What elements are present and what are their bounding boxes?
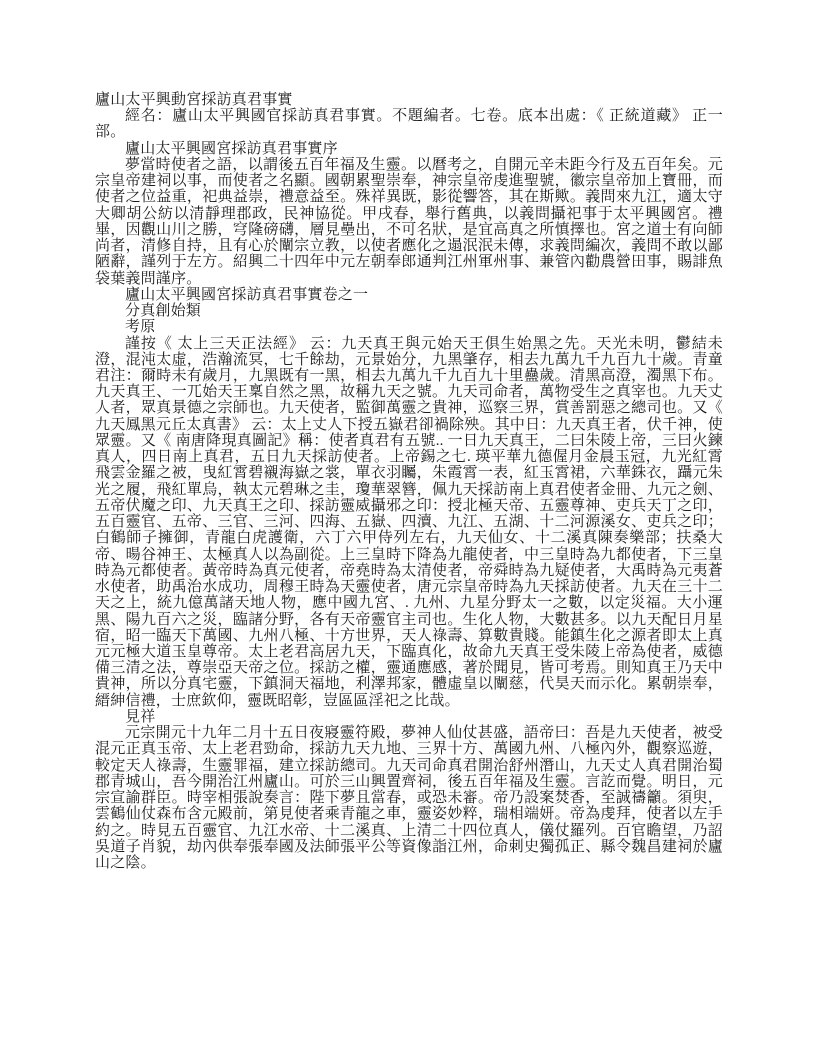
paragraph-colophon: 經名：廬山太平興國官採訪真君事實。不題編者。七卷。底本出處：《 正統道藏》 正一… xyxy=(95,108,723,140)
paragraph-body: 元宗開元十九年二月十五日夜寢靈符殿，夢神人仙仗甚盛，語帝曰：吾是九天使者，被受混… xyxy=(95,725,723,871)
paragraph-title: 廬山太平興動宮採訪真君事實 xyxy=(95,92,723,108)
document-text-block: 廬山太平興動宮採訪真君事實經名：廬山太平興國官採訪真君事實。不題編者。七卷。底本… xyxy=(95,92,723,871)
paragraph-body: 夢當時使者之語，以謂後五百年福及生靈。以曆考之，自開元辛未距今行及五百年矣。元宗… xyxy=(95,157,723,287)
paragraph-section-title: 考原 xyxy=(95,319,723,335)
paragraph-section-title: 見祥 xyxy=(95,709,723,725)
document-page: 廬山太平興動宮採訪真君事實經名：廬山太平興國官採訪真君事實。不題編者。七卷。底本… xyxy=(0,0,816,1056)
paragraph-section-title: 廬山太平興國宮採訪真君事實卷之一 xyxy=(95,287,723,303)
paragraph-section-title: 廬山太平興國宮採訪真君事實序 xyxy=(95,141,723,157)
paragraph-body: 謹按《 太上三天正法經》 云：九天真王與元始天王俱生始黑之先。天光未明，鬱結未澄… xyxy=(95,336,723,709)
paragraph-section-title: 分真創始類 xyxy=(95,303,723,319)
